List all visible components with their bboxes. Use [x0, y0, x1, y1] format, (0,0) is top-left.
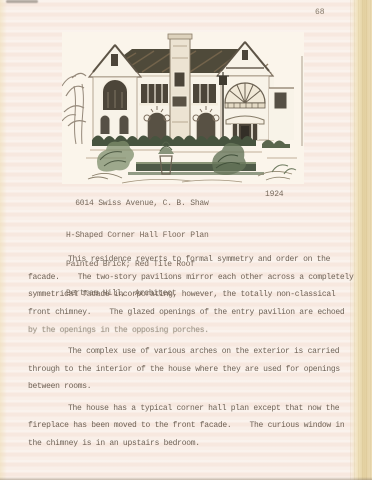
upper-windows-left	[139, 84, 170, 106]
text-line: fireplace has been moved to the front fa…	[28, 417, 358, 435]
caption-plan: H-Shaped Corner Hall Floor Plan	[66, 231, 209, 241]
text-line: by the openings in the opposing porches.	[28, 322, 358, 340]
text-line: The house has a typical corner hall plan…	[28, 400, 358, 418]
text-line: The complex use of various arches on the…	[28, 343, 358, 361]
page-left-edge	[0, 0, 7, 480]
upper-windows-right	[191, 84, 218, 106]
chimney	[168, 34, 192, 140]
caption-year: 1924	[265, 190, 283, 199]
scanned-book-page: { "page": { "number": "68", "background_…	[0, 0, 372, 480]
paragraph: This residence reverts to formal symmetr…	[28, 251, 358, 339]
house-sketch-image	[62, 26, 310, 184]
text-line: through to the interior of the house whe…	[28, 361, 358, 379]
text-line: the chimney is in an upstairs bedroom.	[28, 435, 358, 453]
paragraph: The complex use of various arches on the…	[28, 343, 358, 396]
paragraph: The house has a typical corner hall plan…	[28, 400, 358, 453]
text-line: front chimney. The glazed openings of th…	[28, 304, 358, 322]
body-text: This residence reverts to formal symmetr…	[28, 251, 358, 453]
scan-smudge	[6, 0, 38, 3]
text-line: symmetrical facade incorporating, howeve…	[28, 286, 358, 304]
caption-address: 6014 Swiss Avenue, C. B. Shaw	[75, 199, 208, 208]
text-line: facade. The two-story pavilions mirror e…	[28, 269, 358, 287]
text-line: This residence reverts to formal symmetr…	[28, 251, 358, 269]
caption-address-row: 6014 Swiss Avenue, C. B. Shaw 1924	[66, 190, 346, 201]
page-number: 68	[315, 8, 325, 17]
house-illustration	[62, 26, 310, 184]
text-line: between rooms.	[28, 378, 358, 396]
